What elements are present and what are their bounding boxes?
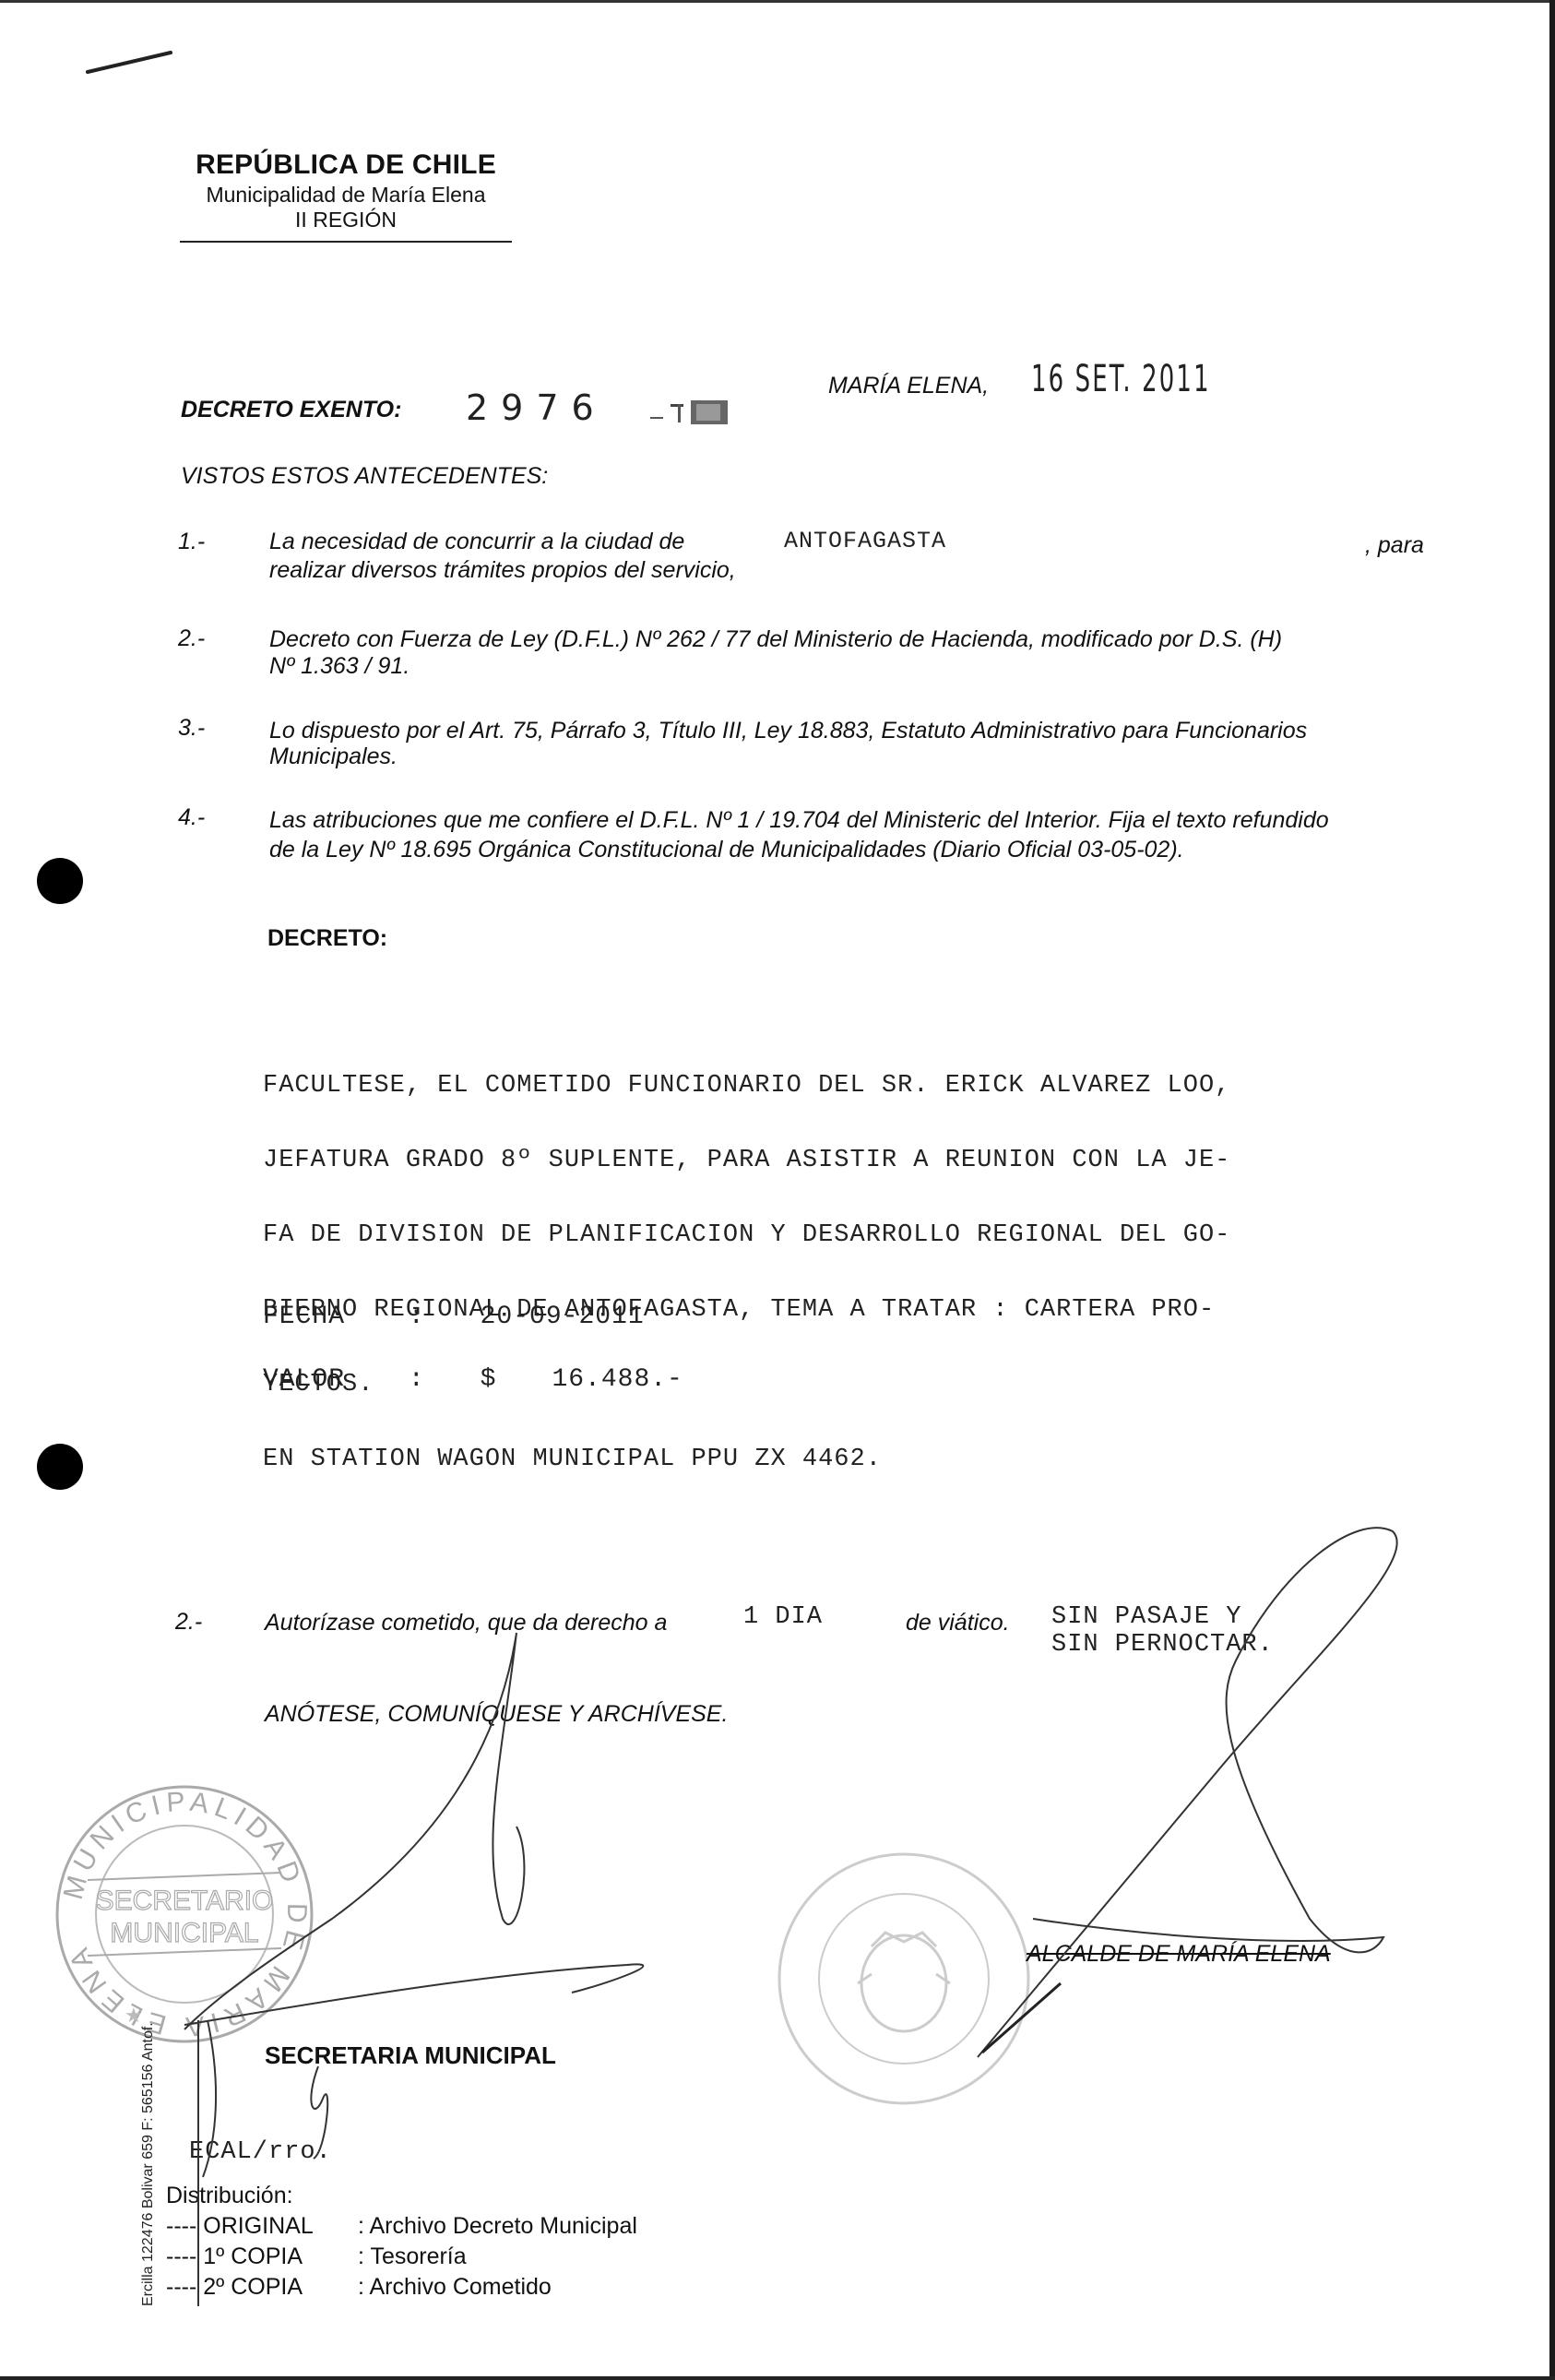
vistos-item-2-line1: Decreto con Fuerza de Ley (D.F.L.) Nº 26… [269, 625, 1282, 654]
punch-hole-bottom [37, 1444, 83, 1490]
distribution-copy: ---- 2º COPIA [166, 2272, 358, 2303]
vistos-item-4-line2: de la Ley Nº 18.695 Orgánica Constitucio… [269, 836, 1184, 864]
article-2-number: 2.- [175, 1609, 202, 1636]
note-line: SIN PASAJE Y [1051, 1603, 1274, 1631]
vistos-item-3-number: 3.- [178, 715, 205, 742]
distribution-destination: : Archivo Cometido [358, 2274, 552, 2300]
valor-label: VALOR [263, 1365, 392, 1394]
letterhead-municipality: Municipalidad de María Elena [180, 183, 512, 208]
scan-border-right [1549, 0, 1555, 2380]
mayor-seal-stamp [770, 1845, 1038, 2112]
note-line: SIN PERNOCTAR. [1051, 1631, 1274, 1659]
secretary-stamp-line2: MUNICIPAL [110, 1918, 258, 1948]
typed-line: JEFATURA GRADO 8º SUPLENTE, PARA ASISTIR… [263, 1148, 1230, 1173]
distribution-heading: Distribución: [166, 2181, 637, 2211]
distribution-destination: : Archivo Decreto Municipal [358, 2213, 637, 2239]
distribution-copy: ---- 1º COPIA [166, 2242, 358, 2272]
vistos-heading: VISTOS ESTOS ANTECEDENTES: [181, 463, 548, 490]
closing-formula: ANÓTESE, COMUNÍQUESE Y ARCHÍVESE. [265, 1700, 728, 1729]
mayor-signature-title: ALCALDE DE MARÍA ELENA [1027, 1941, 1331, 1968]
distribution-block: Distribución: ---- ORIGINAL: Archivo Dec… [166, 2181, 637, 2303]
vistos-item-1-line2: realizar diversos trámites propios del s… [269, 556, 736, 585]
article-2-days: 1 DIA [743, 1603, 823, 1631]
decreto-typed-body: FACULTESE, EL COMETIDO FUNCIONARIO DEL S… [263, 1024, 1230, 1497]
vistos-item-2-number: 2.- [178, 625, 205, 652]
decree-number: 2976 [466, 387, 607, 428]
date-stamp: 16 SET. 2011 [1031, 358, 1211, 400]
fecha-label: FECHA [263, 1303, 392, 1331]
valor-row: VALOR : $ 16.488.- [263, 1365, 683, 1394]
article-2-text: Autorízase cometido, que da derecho a [265, 1609, 667, 1637]
letterhead: REPÚBLICA DE CHILE Municipalidad de Marí… [180, 149, 512, 232]
vistos-item-1-city: ANTOFAGASTA [784, 528, 946, 554]
typist-initials: ECAL/rro. [189, 2138, 332, 2166]
typed-line: EN STATION WAGON MUNICIPAL PPU ZX 4462. [263, 1447, 1230, 1472]
printer-footer: Ercilla 122476 Bolivar 659 F: 565156 Ant… [140, 2022, 157, 2306]
article-2-note: SIN PASAJE Y SIN PERNOCTAR. [1051, 1603, 1274, 1659]
distribution-row: ---- 2º COPIA: Archivo Cometido [166, 2272, 637, 2303]
valor-amount: 16.488.- [552, 1365, 683, 1394]
vistos-item-3-line2: Municipales. [269, 743, 398, 771]
valor-separator: : [409, 1365, 464, 1394]
punch-hole-top [37, 858, 83, 904]
typed-line: FACULTESE, EL COMETIDO FUNCIONARIO DEL S… [263, 1074, 1230, 1099]
decreto-heading: DECRETO: [267, 925, 387, 952]
secretary-stamp: MUNICIPALIDAD DE MARIA ELENA SECRETARIO … [51, 1780, 318, 2048]
distribution-row: ---- ORIGINAL: Archivo Decreto Municipal [166, 2211, 637, 2242]
vistos-item-4-number: 4.- [178, 804, 205, 831]
fecha-value: 20-09-2011 [481, 1303, 645, 1331]
fecha-separator: : [409, 1303, 464, 1331]
scan-border-top [0, 0, 1555, 3]
scan-border-bottom [0, 2376, 1555, 2380]
letterhead-region: II REGIÓN [180, 208, 512, 232]
numbering-stamp-mark [650, 399, 731, 426]
fecha-row: FECHA : 20-09-2011 [263, 1303, 645, 1331]
letterhead-title: REPÚBLICA DE CHILE [180, 149, 512, 181]
distribution-destination: : Tesorería [358, 2243, 467, 2269]
secretary-signature-title: SECRETARIA MUNICIPAL [265, 2041, 556, 2070]
article-2-suffix: de viático. [906, 1609, 1010, 1637]
secretary-stamp-line1: SECRETARIO [96, 1886, 274, 1916]
letterhead-underline [180, 241, 512, 243]
distribution-copy: ---- ORIGINAL [166, 2211, 358, 2242]
vistos-item-1-text: La necesidad de concurrir a la ciudad de [269, 528, 684, 556]
vistos-item-1-number: 1.- [178, 529, 205, 555]
vistos-item-2-line2: Nº 1.363 / 91. [269, 652, 410, 681]
typed-line: FA DE DIVISION DE PLANIFICACION Y DESARR… [263, 1223, 1230, 1248]
vistos-item-4-line1: Las atribuciones que me confiere el D.F.… [269, 806, 1329, 835]
vistos-item-3-line1: Lo dispuesto por el Art. 75, Párrafo 3, … [269, 717, 1307, 745]
valor-currency: $ [481, 1365, 536, 1394]
vistos-item-1-suffix: , para [1365, 531, 1424, 560]
distribution-row: ---- 1º COPIA: Tesorería [166, 2242, 637, 2272]
place-label: MARÍA ELENA, [828, 373, 989, 399]
decree-label: DECRETO EXENTO: [181, 397, 401, 423]
